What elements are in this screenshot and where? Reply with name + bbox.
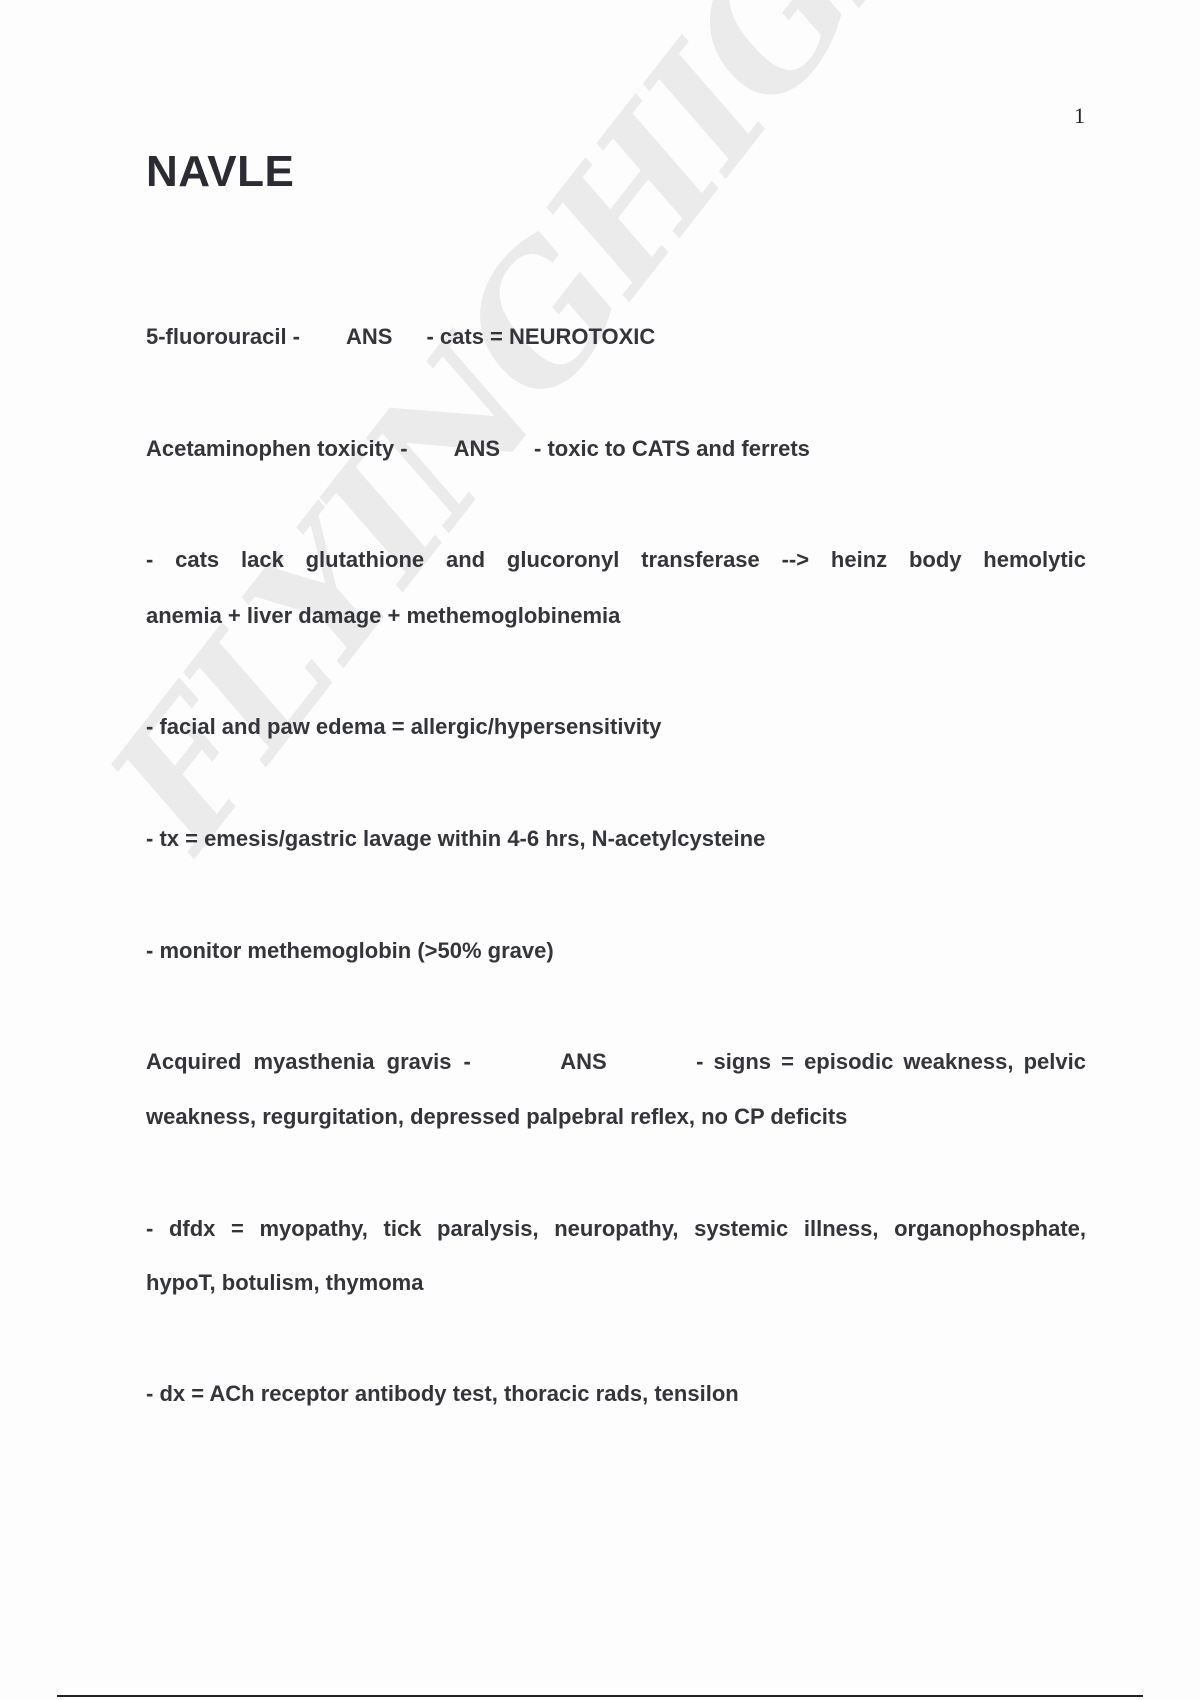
note-line: - cats lack glutathione and glucoronyl t…: [146, 547, 1086, 573]
entry-term: 5-fluorouracil -: [146, 324, 300, 349]
flashcard-entry: 5-fluorouracil -ANS- cats = NEUROTOXIC: [146, 324, 1086, 350]
note-line: - facial and paw edema = allergic/hypers…: [146, 714, 1086, 740]
entry-answer: - signs = episodic weakness, pelvic: [696, 1049, 1086, 1075]
footer-rule: [57, 1695, 1143, 1697]
entry-term: Acetaminophen toxicity -: [146, 436, 408, 461]
answer-label: ANS: [560, 1049, 606, 1075]
flashcard-entry: Acquired myasthenia gravis - ANS - signs…: [146, 1049, 1086, 1075]
note-line: - tx = emesis/gastric lavage within 4-6 …: [146, 826, 1086, 852]
page-number: 1: [1074, 103, 1085, 129]
answer-label: ANS: [346, 324, 392, 349]
note-line: - dfdx = myopathy, tick paralysis, neuro…: [146, 1216, 1086, 1242]
note-line: hypoT, botulism, thymoma: [146, 1270, 1086, 1296]
entry-answer: - toxic to CATS and ferrets: [534, 436, 810, 461]
note-line: - dx = ACh receptor antibody test, thora…: [146, 1381, 1086, 1407]
flashcard-entry: Acetaminophen toxicity -ANS- toxic to CA…: [146, 436, 1086, 462]
note-line: weakness, regurgitation, depressed palpe…: [146, 1104, 1086, 1130]
entry-answer: - cats = NEUROTOXIC: [426, 324, 655, 349]
note-line: anemia + liver damage + methemoglobinemi…: [146, 603, 1086, 629]
entry-term: Acquired myasthenia gravis -: [146, 1049, 471, 1075]
page-title: NAVLE: [146, 147, 294, 197]
note-line: - monitor methemoglobin (>50% grave): [146, 938, 1086, 964]
answer-label: ANS: [454, 436, 500, 461]
